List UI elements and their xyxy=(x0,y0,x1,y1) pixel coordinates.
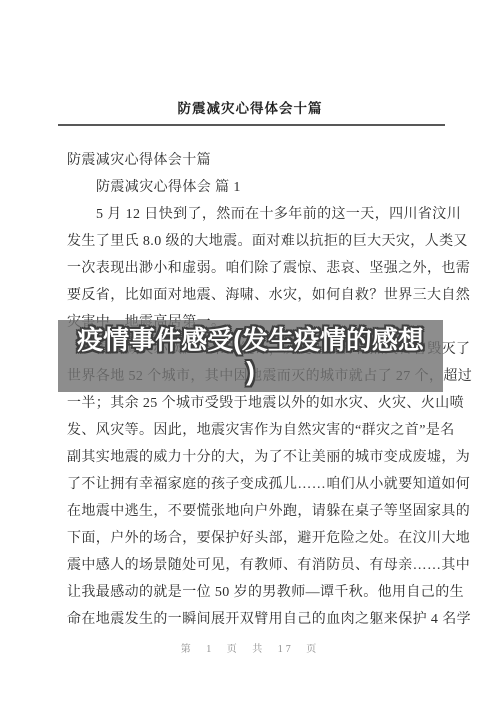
text-line: 让我最感动的就是一位 50 岁的男教师—谭千秋。他用自己的生 xyxy=(67,579,445,606)
title-divider xyxy=(58,124,445,126)
page-number-indicator: 第 1 页 共 17 页 xyxy=(0,640,500,655)
text-line: 副其实地震的威力十分的大，为了不让美丽的城市变成废墟，为 xyxy=(67,444,445,471)
text-line: 震中感人的场景随处可见，有教师、有消防员、有母亲……其中 xyxy=(67,552,445,579)
text-line: 发、风灾等。因此，地震灾害作为自然灾害的“群灾之首”是名 xyxy=(67,417,445,444)
text-line: 命在地震发生的一瞬间展开双臂用自己的血肉之躯来保护 4 名学 xyxy=(67,606,445,633)
overlay-banner-title-line1: 疫情事件感受(发生疫情的感想 xyxy=(77,325,424,356)
text-line: 下面，户外的场合，要保护好头部，避开危险之处。在汶川大地 xyxy=(67,525,445,552)
text-line: 防震减灾心得体会十篇 xyxy=(67,147,445,174)
page-title: 防震减灾心得体会十篇 xyxy=(0,97,500,117)
overlay-banner-title-line2: ) xyxy=(246,356,255,387)
text-line: 防震减灾心得体会 篇 1 xyxy=(67,174,445,201)
text-line: 在地震中逃生，不要慌张地向户外跑，请躲在桌子等坚固家具的 xyxy=(67,498,445,525)
text-line: 发生了里氏 8.0 级的大地震。面对难以抗拒的巨大天灾，人类又 xyxy=(67,228,445,255)
text-line: 了不让拥有幸福家庭的孩子变成孤儿……咱们从小就要知道如何 xyxy=(67,471,445,498)
document-page: 防震减灾心得体会十篇 防震减灾心得体会十篇防震减灾心得体会 篇 15 月 12 … xyxy=(0,0,500,706)
overlay-banner: 疫情事件感受(发生疫情的感想 ) xyxy=(58,320,443,392)
text-line: 一半；其余 25 个城市受毁于地震以外的如水灾、火灾、火山喷 xyxy=(67,390,445,417)
text-line: 5 月 12 日快到了，然而在十多年前的这一天，四川省汶川 xyxy=(67,201,445,228)
text-line: 一次表现出渺小和虚弱。咱们除了震惊、悲哀、坚强之外，也需 xyxy=(67,255,445,282)
text-line: 要反省，比如面对地震、海啸、水灾，如何自救？世界三大自然 xyxy=(67,282,445,309)
